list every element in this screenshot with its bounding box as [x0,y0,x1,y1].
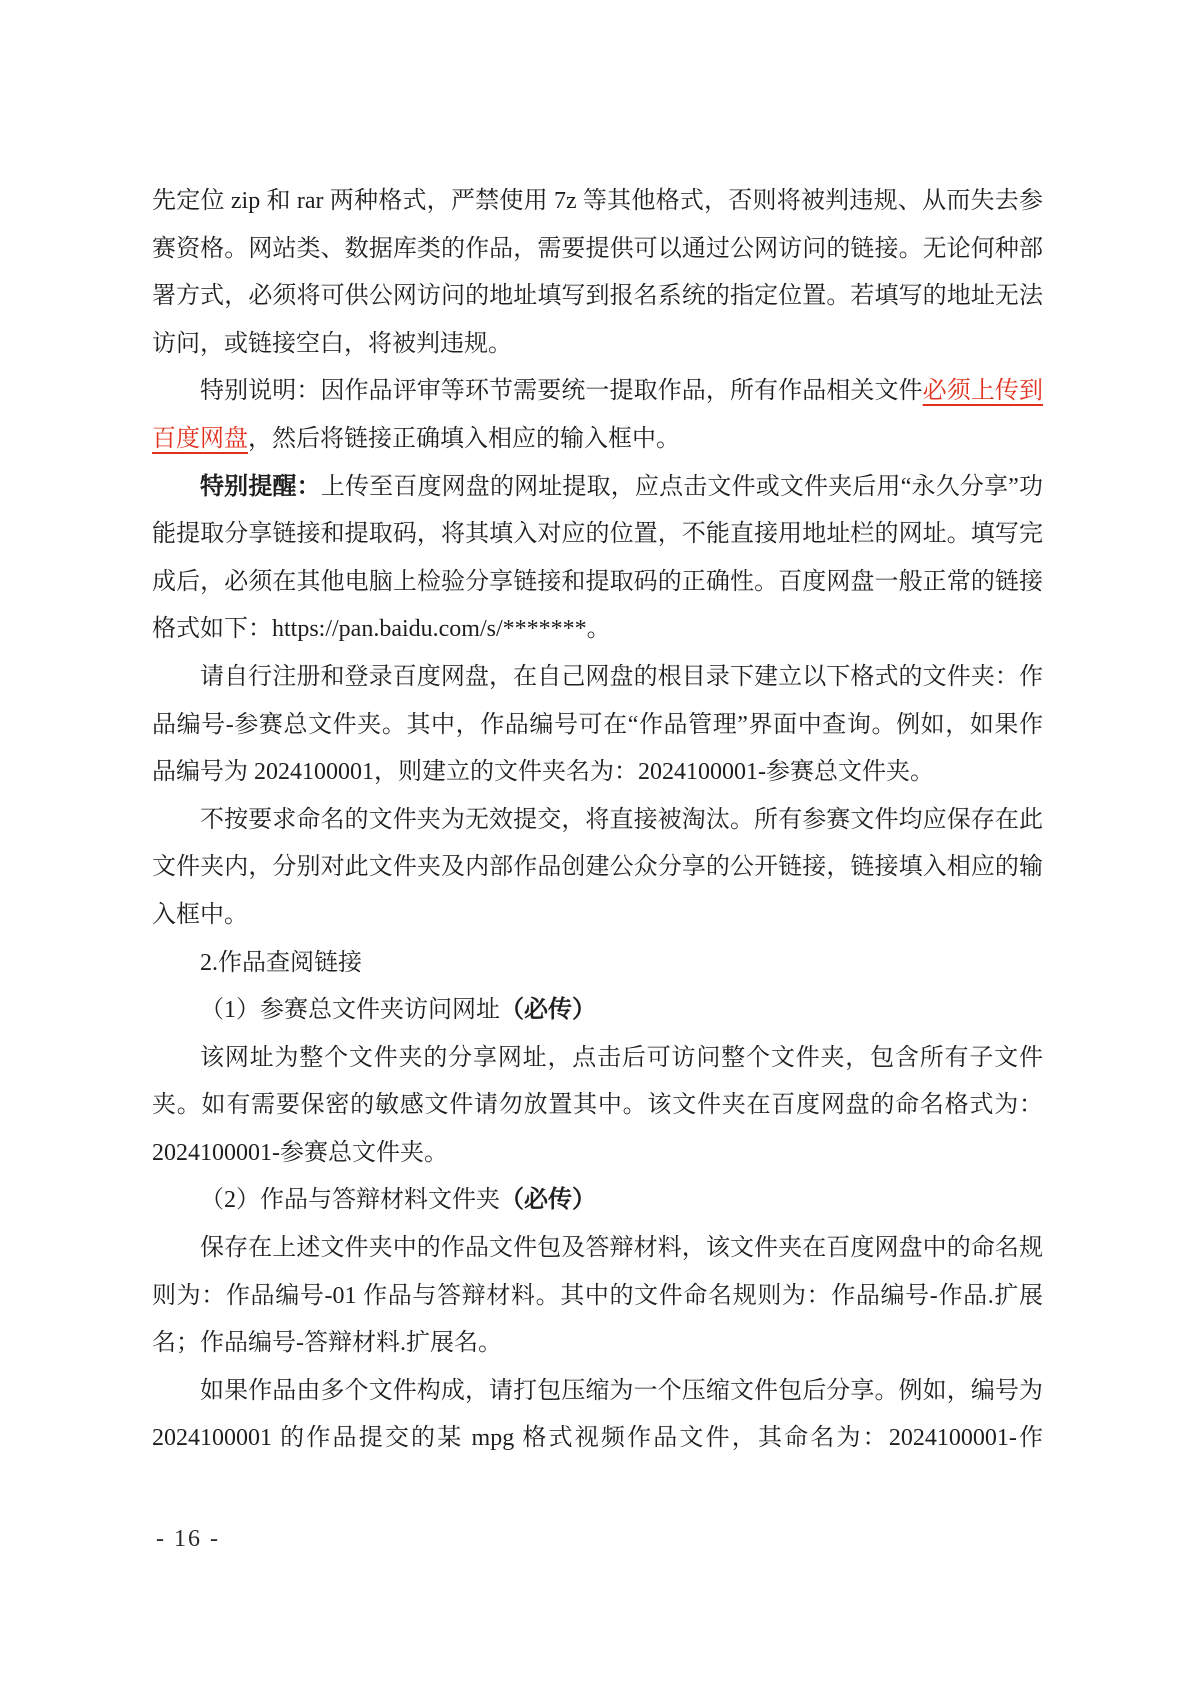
text-run: 请自行注册和登录百度网盘，在自己网盘的根目录下建立以下格式的文件夹：作品编号-参… [152,664,1043,785]
document-body: 先定位 zip 和 rar 两种格式，严禁使用 7z 等其他格式，否则将被判违规… [152,178,1043,1463]
document-page: 先定位 zip 和 rar 两种格式，严禁使用 7z 等其他格式，否则将被判违规… [0,0,1191,1684]
text-run: 先定位 zip 和 rar 两种格式，严禁使用 7z 等其他格式，否则将被判违规… [152,188,1043,357]
paragraph-archive-format: 先定位 zip 和 rar 两种格式，严禁使用 7z 等其他格式，否则将被判违规… [152,178,1043,368]
subsection-heading-defense-folder: （2）作品与答辩材料文件夹（必传） [152,1177,1043,1225]
heading-text: （1）参赛总文件夹访问网址 [200,997,500,1023]
subsection-heading-main-folder-url: （1）参赛总文件夹访问网址（必传） [152,987,1043,1035]
paragraph-invalid-naming: 不按要求命名的文件夹为无效提交，将直接被淘汰。所有参赛文件均应保存在此文件夹内，… [152,797,1043,940]
text-run: 如果作品由多个文件构成，请打包压缩为一个压缩文件包后分享。例如，编号为 2024… [152,1378,1043,1452]
paragraph-main-folder-url: 该网址为整个文件夹的分享网址，点击后可访问整个文件夹，包含所有子文件夹。如有需要… [152,1035,1043,1178]
bold-lead-text: 特别提醒： [200,474,321,500]
paragraph-special-reminder: 特别提醒：上传至百度网盘的网址提取，应点击文件或文件夹后用“永久分享”功能提取分… [152,464,1043,654]
paragraph-defense-folder: 保存在上述文件夹中的作品文件包及答辩材料，该文件夹在百度网盘中的命名规则为：作品… [152,1225,1043,1368]
text-run: 保存在上述文件夹中的作品文件包及答辩材料，该文件夹在百度网盘中的命名规则为：作品… [152,1235,1043,1356]
paragraph-register-netdisk: 请自行注册和登录百度网盘，在自己网盘的根目录下建立以下格式的文件夹：作品编号-参… [152,654,1043,797]
text-run: 特别说明：因作品评审等环节需要统一提取作品，所有作品相关文件 [200,378,923,404]
page-number: - 16 - [156,1526,220,1553]
text-run: 不按要求命名的文件夹为无效提交，将直接被淘汰。所有参赛文件均应保存在此文件夹内，… [152,807,1043,928]
paragraph-multi-file-package: 如果作品由多个文件构成，请打包压缩为一个压缩文件包后分享。例如，编号为 2024… [152,1368,1043,1463]
paragraph-special-note: 特别说明：因作品评审等环节需要统一提取作品，所有作品相关文件必须上传到百度网盘，… [152,368,1043,463]
required-badge-text: （必传） [500,1187,596,1213]
heading-text: 2.作品查阅链接 [200,950,362,976]
required-badge-text: （必传） [500,997,596,1023]
heading-text: （2）作品与答辩材料文件夹 [200,1187,500,1213]
text-run: ，然后将链接正确填入相应的输入框中。 [248,426,680,452]
text-run: 该网址为整个文件夹的分享网址，点击后可访问整个文件夹，包含所有子文件夹。如有需要… [152,1045,1043,1166]
section-heading-work-links: 2.作品查阅链接 [152,940,1043,988]
